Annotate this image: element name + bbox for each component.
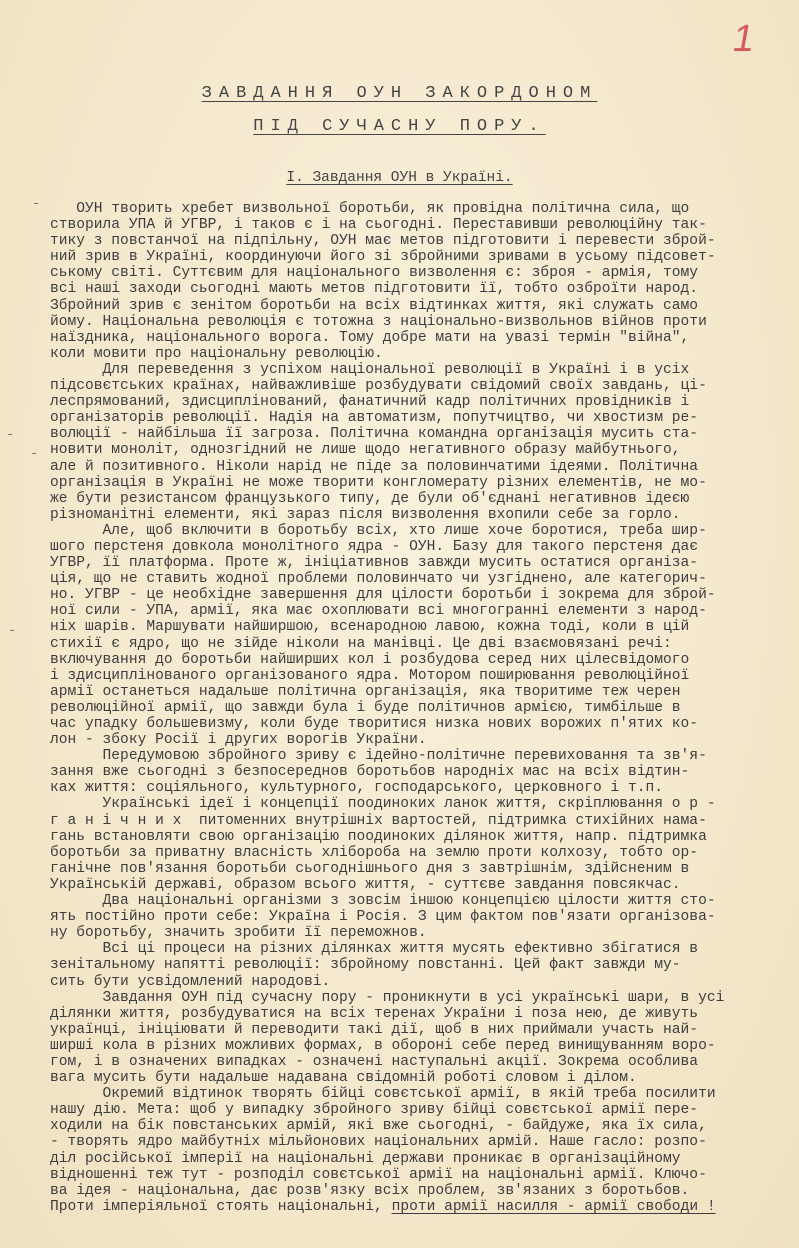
margin-dash-mark: - — [8, 623, 16, 639]
text-line: зенітальному напятті революції: збройном… — [50, 957, 790, 973]
text-line: організація в Україні не може творити ко… — [50, 475, 790, 491]
margin-dash-mark: - — [32, 196, 40, 212]
text-line: революційної армії, що завжди була і буд… — [50, 700, 790, 716]
title-line-1-text: ЗАВДАННЯ ОУН ЗАКОРДОНОМ — [202, 84, 598, 103]
document-title-line-1: ЗАВДАННЯ ОУН ЗАКОРДОНОМ — [0, 84, 799, 103]
text-line: діл російської імперії на національні де… — [50, 1151, 790, 1167]
text-line: ять постійно проти себе: Україна і Росія… — [50, 909, 790, 925]
archive-page-number: 1 — [729, 18, 758, 61]
text-line: включування до боротьби найширших кол і … — [50, 652, 790, 668]
text-line: ширші кола в різних можливих формах, в о… — [50, 1038, 790, 1054]
section-heading-text: І. Завдання ОУН в Україні. — [286, 170, 512, 186]
text-line: коли мовити про національну революцію. — [50, 346, 790, 362]
text-line: йому. Національна революція є тотожна з … — [50, 314, 790, 330]
text-line: сить бути усвідомлений народові. — [50, 974, 790, 990]
text-line: зання вже сьогодні з безпосереднов борот… — [50, 764, 790, 780]
title-line-2-text: ПІД СУЧАСНУ ПОРУ. — [253, 117, 545, 136]
text-line: шого перстеня довкола монолітного ядра -… — [50, 539, 790, 555]
margin-dash-mark: - — [6, 427, 14, 443]
text-line: ція, що не ставить жодної проблеми полов… — [50, 571, 790, 587]
text-line: ніх шарів. Маршувати найширшою, всенарод… — [50, 619, 790, 635]
text-line: відношенні теж тут - розподіл совєтської… — [50, 1167, 790, 1183]
margin-dash-mark: - — [30, 446, 38, 462]
text-line: Для переведення з успіхом національної р… — [50, 362, 790, 378]
text-line: різноманітні елементи, які зараз після в… — [50, 507, 790, 523]
text-line: Але, щоб включити в боротьбу всіх, хто л… — [50, 523, 790, 539]
text-line: леспрямований, здисциплінований, фанатич… — [50, 394, 790, 410]
text-line: УГВР, її платформа. Проте ж, ініціативно… — [50, 555, 790, 571]
text-line: Українській державі, образом всього житт… — [50, 877, 790, 893]
text-line: всі наші заходи сьогодні мають метов під… — [50, 281, 790, 297]
text-line: наїздника, національного ворога. Тому до… — [50, 330, 790, 346]
text-line: гань встановляти свою організацію поодин… — [50, 829, 790, 845]
text-line: ОУН творить хребет визвольної боротьби, … — [50, 201, 790, 217]
underlined-closing-phrase: проти армії насилля - армії свободи ! — [392, 1199, 716, 1215]
text-line: нашу дію. Мета: щоб у випадку збройного … — [50, 1102, 790, 1118]
text-line: волюції - найбільша її загроза. Політичн… — [50, 426, 790, 442]
text-line: створила УПА й УГВР, і таков є і на сьог… — [50, 217, 790, 233]
text-line: ганічне пов'язання боротьби сьогоднішньо… — [50, 861, 790, 877]
text-line: час упадку большевизму, коли буде творит… — [50, 716, 790, 732]
text-line: Всі ці процеси на різних ділянках життя … — [50, 941, 790, 957]
text-line: ний зрив в Україні, координуючи його зі … — [50, 249, 790, 265]
text-line: ної сили - УПА, армії, яка має охоплюват… — [50, 603, 790, 619]
text-line: гом, і в означених випадках - означені н… — [50, 1054, 790, 1070]
text-line: але й позитивного. Ніколи нарід не піде … — [50, 459, 790, 475]
text-line: ділянки життя, розбудуватися на всіх тер… — [50, 1006, 790, 1022]
text-line: ходили на бік повстанських армій, які вж… — [50, 1118, 790, 1134]
text-line: но. УГВР - це необхідне завершення для ц… — [50, 587, 790, 603]
text-line: - творять ядро майбутніх мільйонових нац… — [50, 1134, 790, 1150]
text-line: ках життя: соціяльного, культурного, гос… — [50, 780, 790, 796]
text-line: Окремий відтинок творять бійці совєтсько… — [50, 1086, 790, 1102]
text-line: Проти імперіяльної стоять національні, п… — [50, 1199, 790, 1215]
text-line: Збройний зрив є зенітом боротьби на всіх… — [50, 298, 790, 314]
text-line: ну боротьбу, значить зробити її переможн… — [50, 925, 790, 941]
text-line: ському світі. Суттєвим для національного… — [50, 265, 790, 281]
text-line-start: Проти імперіяльної стоять національні, — [50, 1199, 392, 1215]
text-line: боротьби за приватну власність хлібороба… — [50, 845, 790, 861]
section-heading: І. Завдання ОУН в Україні. — [0, 170, 799, 186]
document-body: ОУН творить хребет визвольної боротьби, … — [50, 201, 790, 1215]
text-line: Завдання ОУН під сучасну пору - проникну… — [50, 990, 790, 1006]
text-line: Українські ідеї і концепції поодиноких л… — [50, 796, 790, 812]
text-line: українці, ініціювати й переводити такі д… — [50, 1022, 790, 1038]
text-line: Передумовою збройного зриву є ідейно-пол… — [50, 748, 790, 764]
text-line: організаторів революції. Надія на автома… — [50, 410, 790, 426]
text-line: вага мусить бути надальше надавана свідо… — [50, 1070, 790, 1086]
text-line: стихії є ядро, що не зійде ніколи на ман… — [50, 636, 790, 652]
text-line: новити моноліт, однозгідний не лише щодо… — [50, 442, 790, 458]
text-line: тику з повстанчої на підпільну, ОУН має … — [50, 233, 790, 249]
text-line: армії останеться надальше політична орга… — [50, 684, 790, 700]
text-line: підсовєтських країнах, найважливіше розб… — [50, 378, 790, 394]
document-title-line-2: ПІД СУЧАСНУ ПОРУ. — [0, 117, 799, 136]
text-line: і здисциплінованого організованого ядра.… — [50, 668, 790, 684]
text-line: г а н і ч н и х питоменних внутрішніх ва… — [50, 813, 790, 829]
text-line: Два національні організми з зовсім іншою… — [50, 893, 790, 909]
text-line: ва ідея - національна, дає розв'язку всі… — [50, 1183, 790, 1199]
text-line: же бути резистансом французького типу, д… — [50, 491, 790, 507]
text-line: лон - збоку Росії і других ворогів Украї… — [50, 732, 790, 748]
